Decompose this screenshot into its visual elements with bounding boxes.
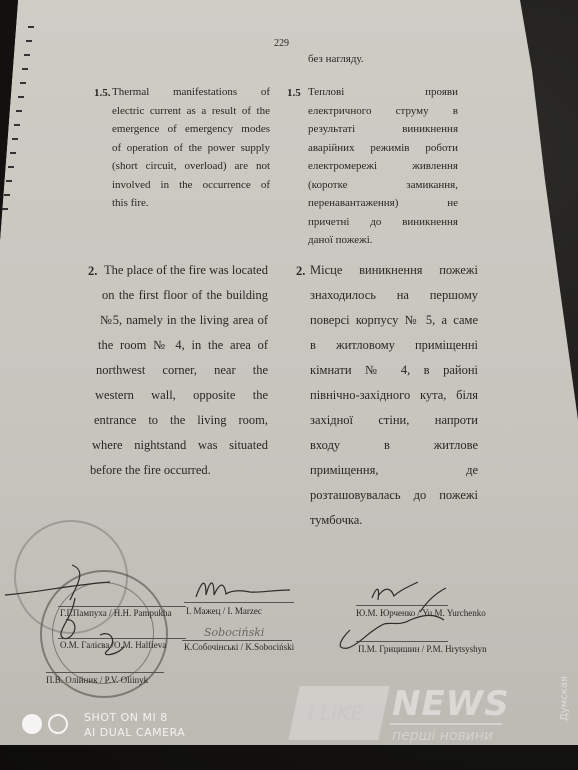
section-2-ua: Місце виникнення пожежі знаходилось на п… (310, 258, 478, 533)
text-line: №5, namely in the living area of (92, 308, 268, 333)
text-line: аварійних режимів роботи (308, 139, 458, 158)
text-line: електричного струму в (308, 102, 458, 121)
news-logo-right: NEWS (392, 684, 510, 724)
text-line: західної стіни, напроти (310, 408, 478, 433)
text-line: кімнати № 4, в районі (310, 358, 478, 383)
news-logo-divider (390, 723, 502, 725)
text-line: входу в житлове (310, 433, 478, 458)
text-line: тумбочка. (310, 508, 478, 533)
handwritten-signatures (0, 560, 578, 690)
text-line: Thermal manifestations of (112, 83, 270, 102)
section-1-5-number-ua: 1.5 (287, 87, 301, 99)
section-1-5-ua: Теплові прояви електричного струму в рез… (308, 83, 458, 250)
side-credit: Думская (559, 676, 570, 721)
continuation-ua: без нагляду. (308, 50, 364, 69)
text-line: before the fire occurred. (90, 458, 268, 483)
text-line: розташовувалась до пожежі (310, 483, 478, 508)
binding-stitches (2, 20, 34, 250)
text-line: of operation of the power supply (112, 139, 270, 158)
text-line: this fire. (112, 194, 270, 213)
text-line: Теплові прояви (308, 83, 458, 102)
text-line: involved in the occurrence of (112, 176, 270, 195)
camera-watermark-line-2: AI DUAL CAMERA (84, 725, 185, 740)
text-line: entrance to the living room, (92, 408, 268, 433)
camera-watermark-line-1: SHOT ON MI 8 (84, 710, 185, 725)
text-line: on the first floor of the building (92, 283, 268, 308)
text-line: where nightstand was situated (92, 433, 268, 458)
text-line: western wall, opposite the (92, 383, 268, 408)
text-line: (short circuit, overload) are not (112, 157, 270, 176)
page-number: 229 (274, 38, 289, 49)
text-line: північно-західного кута, біля (310, 383, 478, 408)
text-line: даної пожежі. (308, 231, 458, 250)
text-line: електромережі живлення (308, 157, 458, 176)
text-line: знаходилось на першому (310, 283, 478, 308)
section-2-number-ua: 2. (296, 264, 305, 279)
text-line: emergence of emergency modes (112, 120, 270, 139)
section-2-en: The place of the fire was located on the… (92, 258, 268, 483)
text-line: перенавантаження) не (308, 194, 458, 213)
text-line: (коротке замикання, (308, 176, 458, 195)
section-1-5-number-en: 1.5. (94, 87, 111, 99)
text-line: the room № 4, in the area of (92, 333, 268, 358)
camera-dot-ring-icon (48, 714, 68, 734)
text-line: The place of the fire was located (92, 258, 268, 283)
text-line: electric current as a result of the (112, 102, 270, 121)
text-line: поверсі корпусу № 5, а саме (310, 308, 478, 333)
camera-dot-filled-icon (22, 714, 42, 734)
text-line: причетні до виникнення (308, 213, 458, 232)
section-1-5-en: Thermal manifestations of electric curre… (112, 83, 270, 213)
text-line: в житловому приміщенні (310, 333, 478, 358)
text-line: Місце виникнення пожежі (310, 258, 478, 283)
news-logo-left: I LIKE (308, 701, 363, 725)
text-line: приміщення, де (310, 458, 478, 483)
news-logo-subtitle: перші новини (392, 728, 493, 744)
text-line: результаті виникнення (308, 120, 458, 139)
text-line: northwest corner, near the (92, 358, 268, 383)
